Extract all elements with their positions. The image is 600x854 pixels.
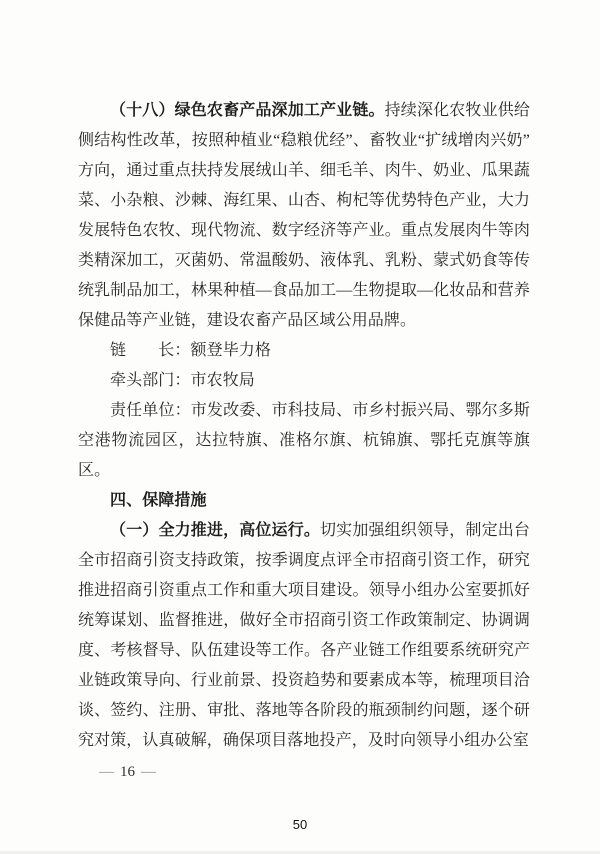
lead-department-line: 牵头部门：市农牧局: [78, 366, 530, 396]
section-18-body-text: 持续深化农牧业供给侧结构性改革，按照种植业“稳粮优经”、畜牧业“扩绒增肉兴奶”方…: [78, 102, 530, 329]
pdf-page-number: 50: [0, 817, 600, 832]
page-number-left-dash: —: [93, 764, 120, 780]
chain-leader-line: 链 长：额登毕力格: [78, 336, 530, 366]
page-number-value: 16: [120, 764, 135, 780]
section-4-heading: 四、保障措施: [78, 486, 530, 516]
document-page-number: —16—: [93, 762, 162, 782]
document-page: （十八）绿色农畜产品深加工产业链。持续深化农牧业供给侧结构性改革，按照种植业“稳…: [0, 0, 600, 854]
measure-1-body-text: 切实加强组织领导，制定出台全市招商引资支持政策，按季调度点评全市招商引资工作，研…: [78, 522, 530, 749]
paragraph-measure-1: （一）全力推进，高位运行。切实加强组织领导，制定出台全市招商引资支持政策，按季调…: [78, 516, 530, 756]
measure-1-lead: （一）全力推进，高位运行。: [110, 522, 320, 539]
responsible-units-line: 责任单位：市发改委、市科技局、市乡村振兴局、鄂尔多斯空港物流园区，达拉特旗、准格…: [78, 396, 530, 486]
section-18-lead: （十八）绿色农畜产品深加工产业链。: [110, 102, 385, 119]
paragraph-section-18: （十八）绿色农畜产品深加工产业链。持续深化农牧业供给侧结构性改革，按照种植业“稳…: [78, 96, 530, 336]
document-body: （十八）绿色农畜产品深加工产业链。持续深化农牧业供给侧结构性改革，按照种植业“稳…: [78, 96, 530, 756]
page-number-right-dash: —: [135, 764, 162, 780]
